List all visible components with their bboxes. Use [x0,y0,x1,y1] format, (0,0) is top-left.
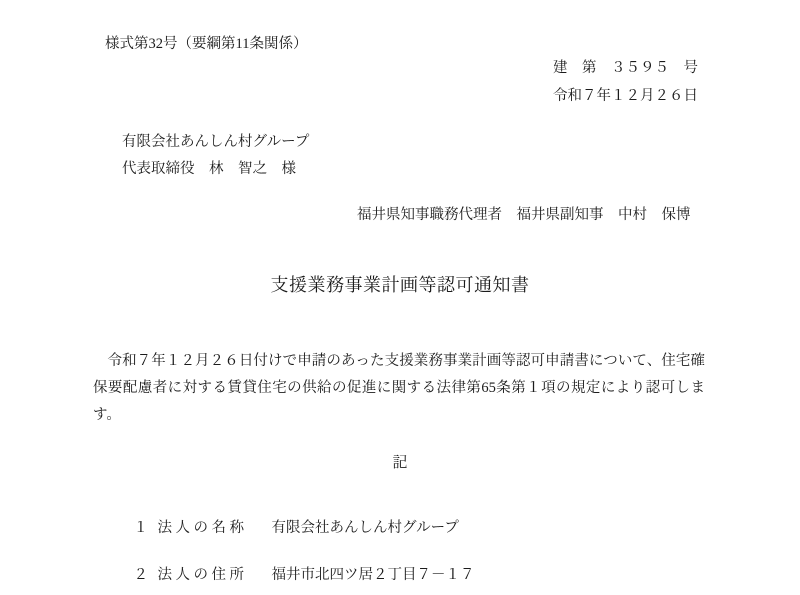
item-number: ２ [134,567,158,584]
section-marker: 記 [0,455,800,472]
document-title: 支援業務事業計画等認可通知書 [0,271,800,297]
body-paragraph: 令和７年１２月２６日付けで申請のあった支援業務事業計画等認可申請書について、住宅… [93,348,705,429]
list-item-corporate-name: １法人の名称有限会社あんしん村グループ [119,503,459,554]
document-page: 様式第32号（要綱第11条関係） 建 第 ３５９５ 号 令和７年１２月２６日 有… [0,0,800,595]
item-number: １ [134,520,158,537]
issuer-line: 福井県知事職務代理者 福井県副知事 中村 保博 [357,207,691,224]
item-label: 法人の名称 [158,520,272,537]
document-number: 建 第 ３５９５ 号 [0,60,698,77]
item-value: 福井市北四ツ居２丁目７－１７ [272,567,475,584]
recipient-company: 有限会社あんしん村グループ [122,134,309,151]
recipient-person: 代表取締役 林 智之 様 [122,161,296,178]
list-item-corporate-address: ２法人の住所福井市北四ツ居２丁目７－１７ [119,550,475,595]
item-value: 有限会社あんしん村グループ [272,520,459,537]
item-label: 法人の住所 [158,567,272,584]
document-date: 令和７年１２月２６日 [0,88,698,105]
form-number: 様式第32号（要綱第11条関係） [105,36,307,53]
